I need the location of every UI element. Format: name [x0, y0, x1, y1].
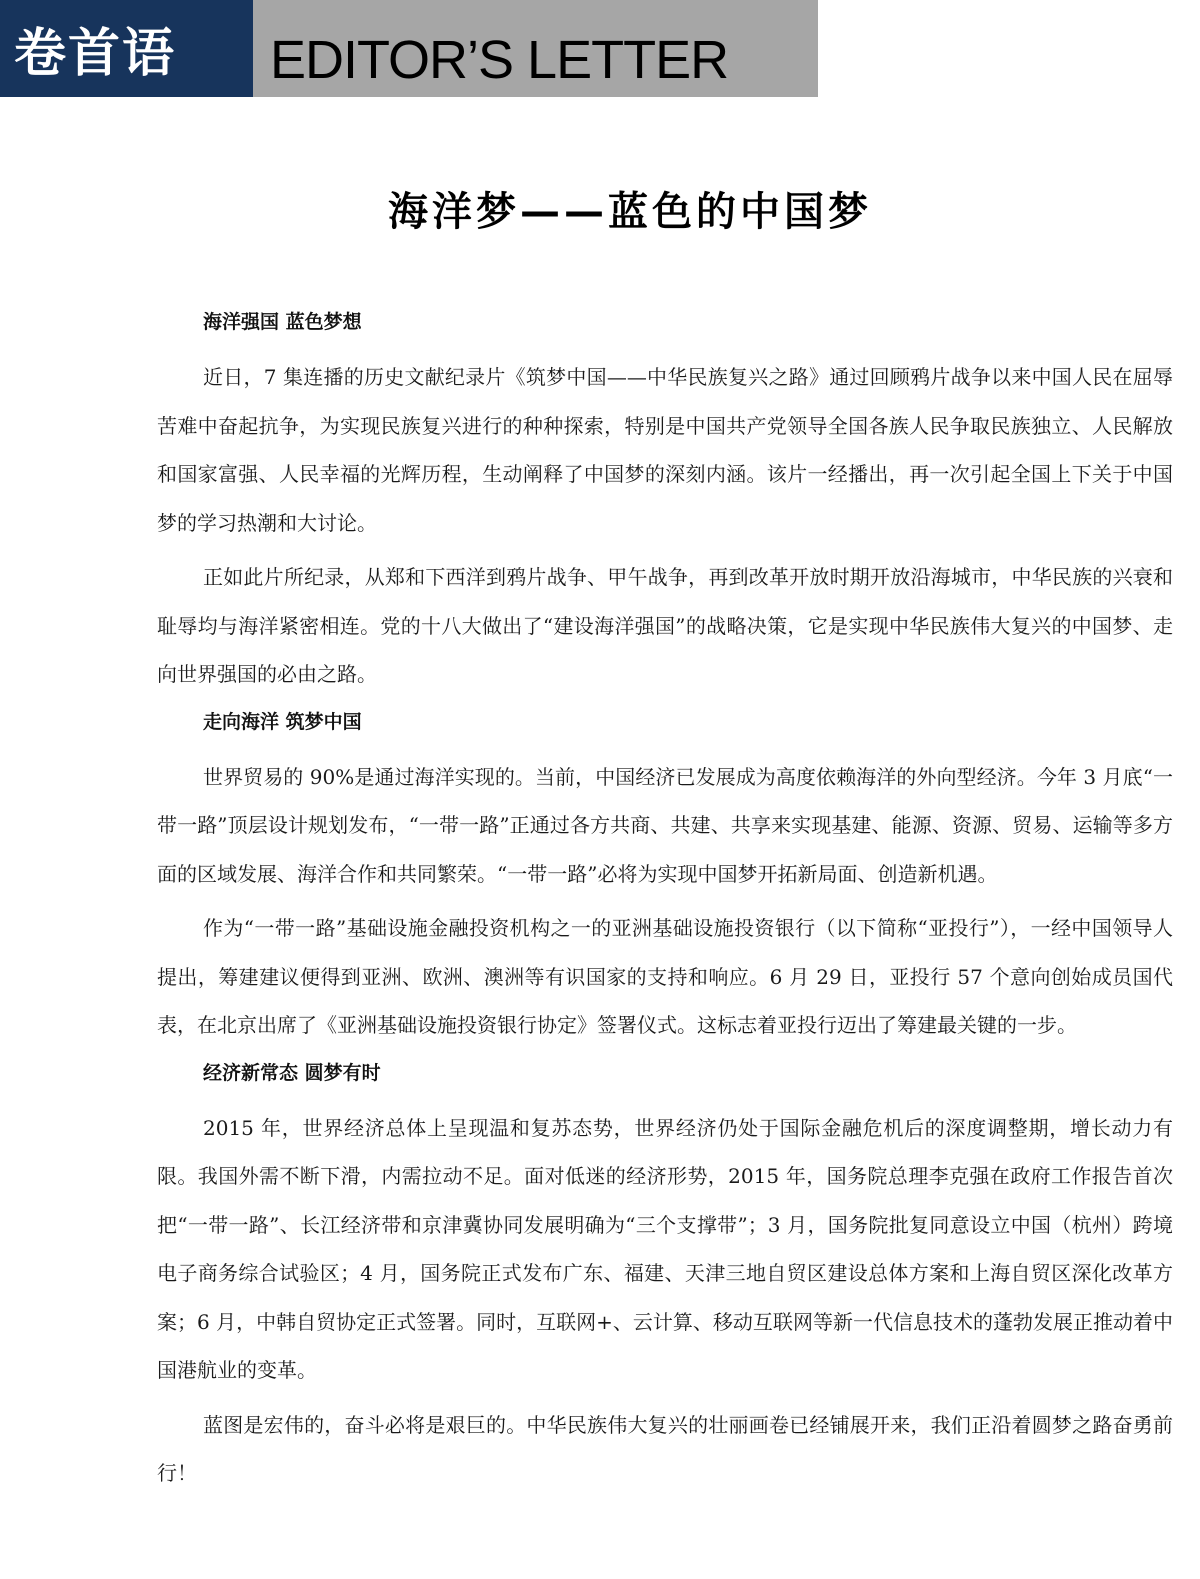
- section-label-en: EDITOR’S LETTER: [253, 0, 818, 97]
- paragraph: 正如此片所纪录，从郑和下西洋到鸦片战争、甲午战争，再到改革开放时期开放沿海城市，…: [157, 553, 1173, 699]
- section-heading: 走向海洋 筑梦中国: [203, 705, 1173, 739]
- paragraph: 2015 年，世界经济总体上呈现温和复苏态势，世界经济仍处于国际金融危机后的深度…: [157, 1104, 1173, 1395]
- page-header: 卷首语 EDITOR’S LETTER: [0, 0, 818, 97]
- article-section-3: 经济新常态 圆梦有时 2015 年，世界经济总体上呈现温和复苏态势，世界经济仍处…: [157, 1056, 1173, 1498]
- paragraph: 作为“一带一路”基础设施金融投资机构之一的亚洲基础设施投资银行（以下简称“亚投行…: [157, 904, 1173, 1050]
- paragraph: 世界贸易的 90%是通过海洋实现的。当前，中国经济已发展成为高度依赖海洋的外向型…: [157, 753, 1173, 899]
- paragraph: 蓝图是宏伟的，奋斗必将是艰巨的。中华民族伟大复兴的壮丽画卷已经铺展开来，我们正沿…: [157, 1401, 1173, 1498]
- section-heading: 经济新常态 圆梦有时: [203, 1056, 1173, 1090]
- paragraph: 近日，7 集连播的历史文献纪录片《筑梦中国——中华民族复兴之路》通过回顾鸦片战争…: [157, 353, 1173, 547]
- section-heading: 海洋强国 蓝色梦想: [203, 305, 1173, 339]
- article-section-2: 走向海洋 筑梦中国 世界贸易的 90%是通过海洋实现的。当前，中国经济已发展成为…: [157, 705, 1173, 1050]
- article-title: 海洋梦——蓝色的中国梦: [0, 180, 1200, 237]
- section-label-cn: 卷首语: [0, 0, 253, 97]
- article-body: 海洋强国 蓝色梦想 近日，7 集连播的历史文献纪录片《筑梦中国——中华民族复兴之…: [157, 305, 1173, 1504]
- article-section-1: 海洋强国 蓝色梦想 近日，7 集连播的历史文献纪录片《筑梦中国——中华民族复兴之…: [157, 305, 1173, 699]
